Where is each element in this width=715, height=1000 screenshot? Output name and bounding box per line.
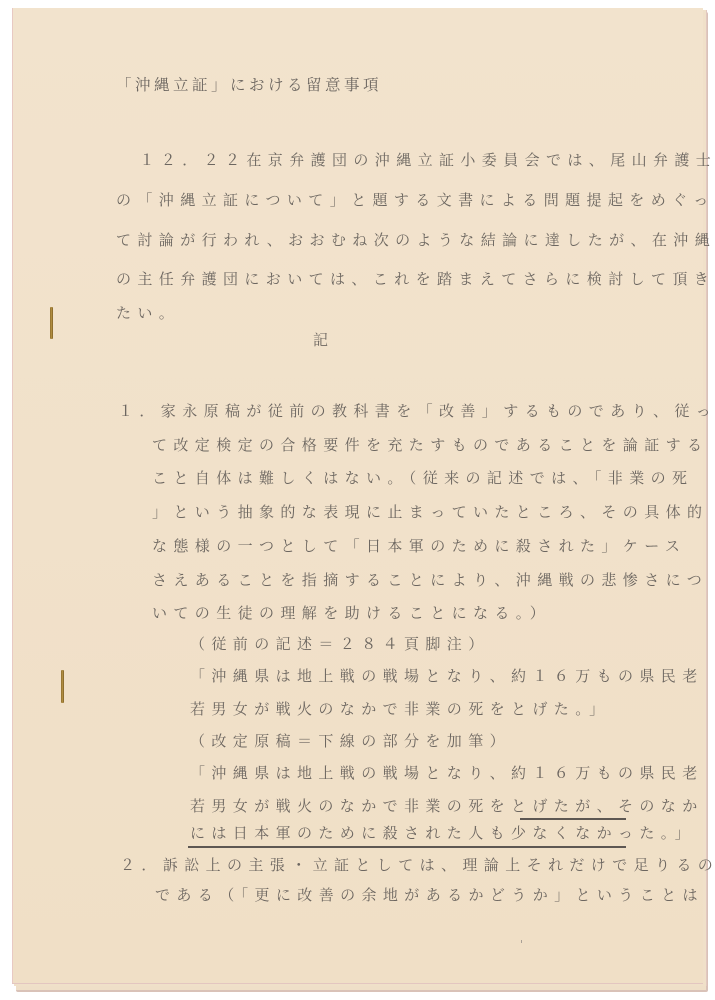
item1-line: こと自体は難しくはない。（従来の記述では、「非業の死 [152, 471, 693, 486]
revised-quote-line: 若男女が戦火のなかで非業の死をとげたが、そのなか [190, 799, 704, 814]
revised-quote-added: が、そのなか [575, 797, 703, 815]
added-text-underline [188, 846, 626, 848]
added-text-underline [520, 818, 626, 820]
intro-line: て討論が行われ、おおむね次のような結論に達したが、在沖縄 [116, 233, 715, 248]
revised-quote-original: 若男女が戦火のなかで非業の死をとげた [190, 797, 575, 815]
previous-quote-line: 「沖縄県は地上戦の戦場となり、約１６万もの県民老 [190, 669, 704, 684]
paper-speck [521, 940, 522, 943]
intro-line: たい。 [116, 306, 180, 321]
intro-line: １２．２２在京弁護団の沖縄立証小委員会では、尾山弁護士 [118, 153, 715, 168]
revised-quote-line: 「沖縄県は地上戦の戦場となり、約１６万もの県民老 [190, 766, 704, 781]
item1-line: さえあることを指摘することにより、沖縄戦の悲惨さにつ [152, 573, 708, 588]
item1-line: いての生徒の理解を助けることになる。） [152, 606, 551, 621]
item2-line: ２．訴訟上の主張・立証としては、理論上それだけで足りるの [120, 858, 715, 873]
item1-line: て改定検定の合格要件を充たすものであることを論証する [152, 438, 708, 453]
intro-line: の「沖縄立証について」と題する文書による問題提起をめぐっ [116, 193, 715, 208]
revised-text-label: （改定原稿＝下線の部分を加筆） [190, 734, 511, 749]
intro-line: の主任弁護団においては、これを踏まえてさらに検討して頂き [116, 272, 715, 287]
section-mark: 記 [313, 333, 328, 348]
document-title: 「沖縄立証」における留意事項 [116, 78, 382, 94]
staple-mark-bottom [61, 670, 64, 703]
revised-quote-added-line: には日本軍のために殺された人も少なくなかった。」 [190, 826, 696, 841]
item2-line: である（「更に改善の余地があるかどうか」ということは [155, 888, 704, 903]
photo-stage: 「沖縄立証」における留意事項 １２．２２在京弁護団の沖縄立証小委員会では、尾山弁… [0, 0, 715, 1000]
previous-quote-line: 若男女が戦火のなかで非業の死をとげた。」 [190, 702, 611, 717]
staple-mark-top [50, 307, 53, 339]
previous-text-label: （従前の記述＝２８４頁脚注） [190, 637, 490, 652]
item1-line: な態様の一つとして「日本軍のために殺された」ケース [152, 539, 686, 554]
item1-line: 」という抽象的な表現に止まっていたところ、その具体的 [152, 505, 708, 520]
item1-line: １．家永原稿が従前の教科書を「改善」するものであり、従っ [118, 404, 715, 419]
